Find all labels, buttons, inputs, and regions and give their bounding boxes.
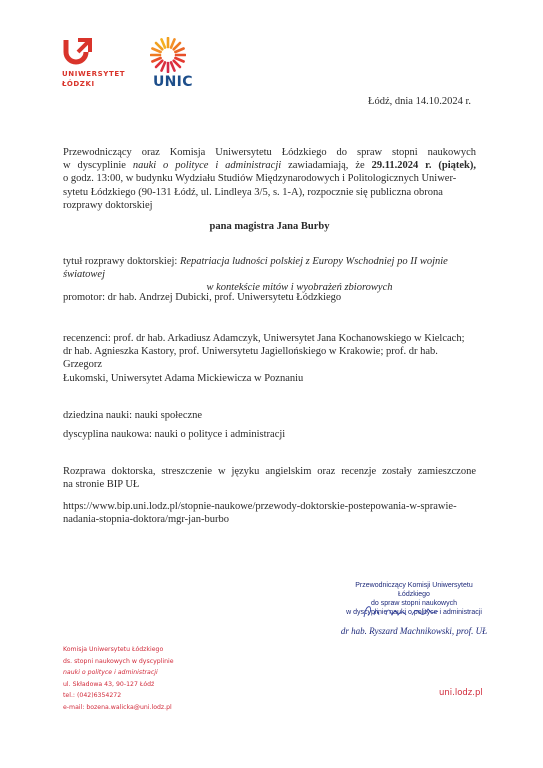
defense-date: 29.11.2024 r. (piątek),: [372, 160, 476, 171]
stamp-line-1: Przewodniczący Komisji Uniwersytetu Łódz…: [340, 581, 488, 599]
unic-logo-text: UNIC: [153, 74, 193, 90]
website-link[interactable]: uni.lodz.pl: [439, 688, 483, 698]
logo-ul-line1: UNIWERSYTET: [62, 69, 125, 79]
publication-line-2: na stronie BIP UŁ: [63, 478, 476, 491]
candidate-name: pana magistra Jana Burby: [63, 220, 476, 233]
footer-contact: Komisja Uniwersytetu Łódzkiego ds. stopn…: [63, 644, 174, 713]
announcement-line-5: rozprawy doktorskiej: [63, 199, 476, 212]
reviewers-line-3: Łukomski, Uniwersytet Adama Mickiewicza …: [63, 372, 476, 385]
document-date: Łódź, dnia 14.10.2024 r.: [368, 96, 471, 107]
announcement-paragraph: Przewodniczący oraz Komisja Uniwersytetu…: [63, 146, 476, 212]
announcement-line-3: o godz. 13:00, w budynku Wydziału Studió…: [63, 172, 476, 185]
thesis-label: tytuł rozprawy doktorskiej:: [63, 256, 180, 267]
reviewers: recenzenci: prof. dr hab. Arkadiusz Adam…: [63, 332, 476, 385]
field-of-science: dziedzina nauki: nauki społeczne: [63, 409, 476, 422]
footer-line-phone: tel.: (042)6354272: [63, 690, 174, 702]
handwritten-signature-icon: [362, 603, 452, 619]
logo-ul-line2: ŁÓDZKI: [62, 79, 125, 89]
footer-line-committee: Komisja Uniwersytetu Łódzkiego: [63, 644, 174, 656]
footer-line-email[interactable]: e-mail: bozena.walicka@uni.lodz.pl: [63, 702, 174, 714]
bip-link[interactable]: https://www.bip.uni.lodz.pl/stopnie-nauk…: [63, 500, 476, 526]
university-of-lodz-logo: UNIWERSYTET ŁÓDZKI: [62, 38, 132, 90]
announcement-line-4: sytetu Łódzkiego (90-131 Łódź, ul. Lindl…: [63, 186, 476, 199]
unic-sun-icon: [150, 37, 186, 73]
scientific-discipline: dyscyplina naukowa: nauki o polityce i a…: [63, 428, 476, 441]
thesis-title-block: tytuł rozprawy doktorskiej: Repatriacja …: [63, 255, 476, 295]
footer-line-address: ul. Składowa 43, 90-127 Łódź: [63, 679, 174, 691]
publication-line-1: Rozprawa doktorska, streszczenie w język…: [63, 465, 476, 478]
reviewers-line-2: dr hab. Agnieszka Kastory, prof. Uniwers…: [63, 345, 476, 371]
announcement-line-2: w dyscyplinie nauki o polityce i adminis…: [63, 159, 476, 172]
ul-emblem-icon: [62, 38, 102, 68]
unic-logo: UNIC: [150, 37, 200, 93]
bip-url-line-2[interactable]: nadania-stopnia-doktora/mgr-jan-burbo: [63, 513, 476, 526]
announcement-text: zawiadamiają, że: [281, 160, 371, 171]
reviewers-line-1: recenzenci: prof. dr hab. Arkadiusz Adam…: [63, 332, 476, 345]
publication-note: Rozprawa doktorska, streszczenie w język…: [63, 465, 476, 491]
announcement-text: w dyscyplinie: [63, 160, 133, 171]
announcement-line-1: Przewodniczący oraz Komisja Uniwersytetu…: [63, 146, 476, 159]
footer-line-scope: ds. stopni naukowych w dyscyplinie: [63, 656, 174, 668]
signatory-name: dr hab. Ryszard Machnikowski, prof. UŁ: [340, 627, 488, 636]
footer-line-discipline: nauki o polityce i administracji: [63, 667, 174, 679]
signature-stamp: Przewodniczący Komisji Uniwersytetu Łódz…: [340, 581, 488, 636]
discipline-italic: nauki o polityce i administracji: [133, 160, 281, 171]
promoter: promotor: dr hab. Andrzej Dubicki, prof.…: [63, 291, 476, 304]
bip-url-line-1[interactable]: https://www.bip.uni.lodz.pl/stopnie-nauk…: [63, 500, 476, 513]
